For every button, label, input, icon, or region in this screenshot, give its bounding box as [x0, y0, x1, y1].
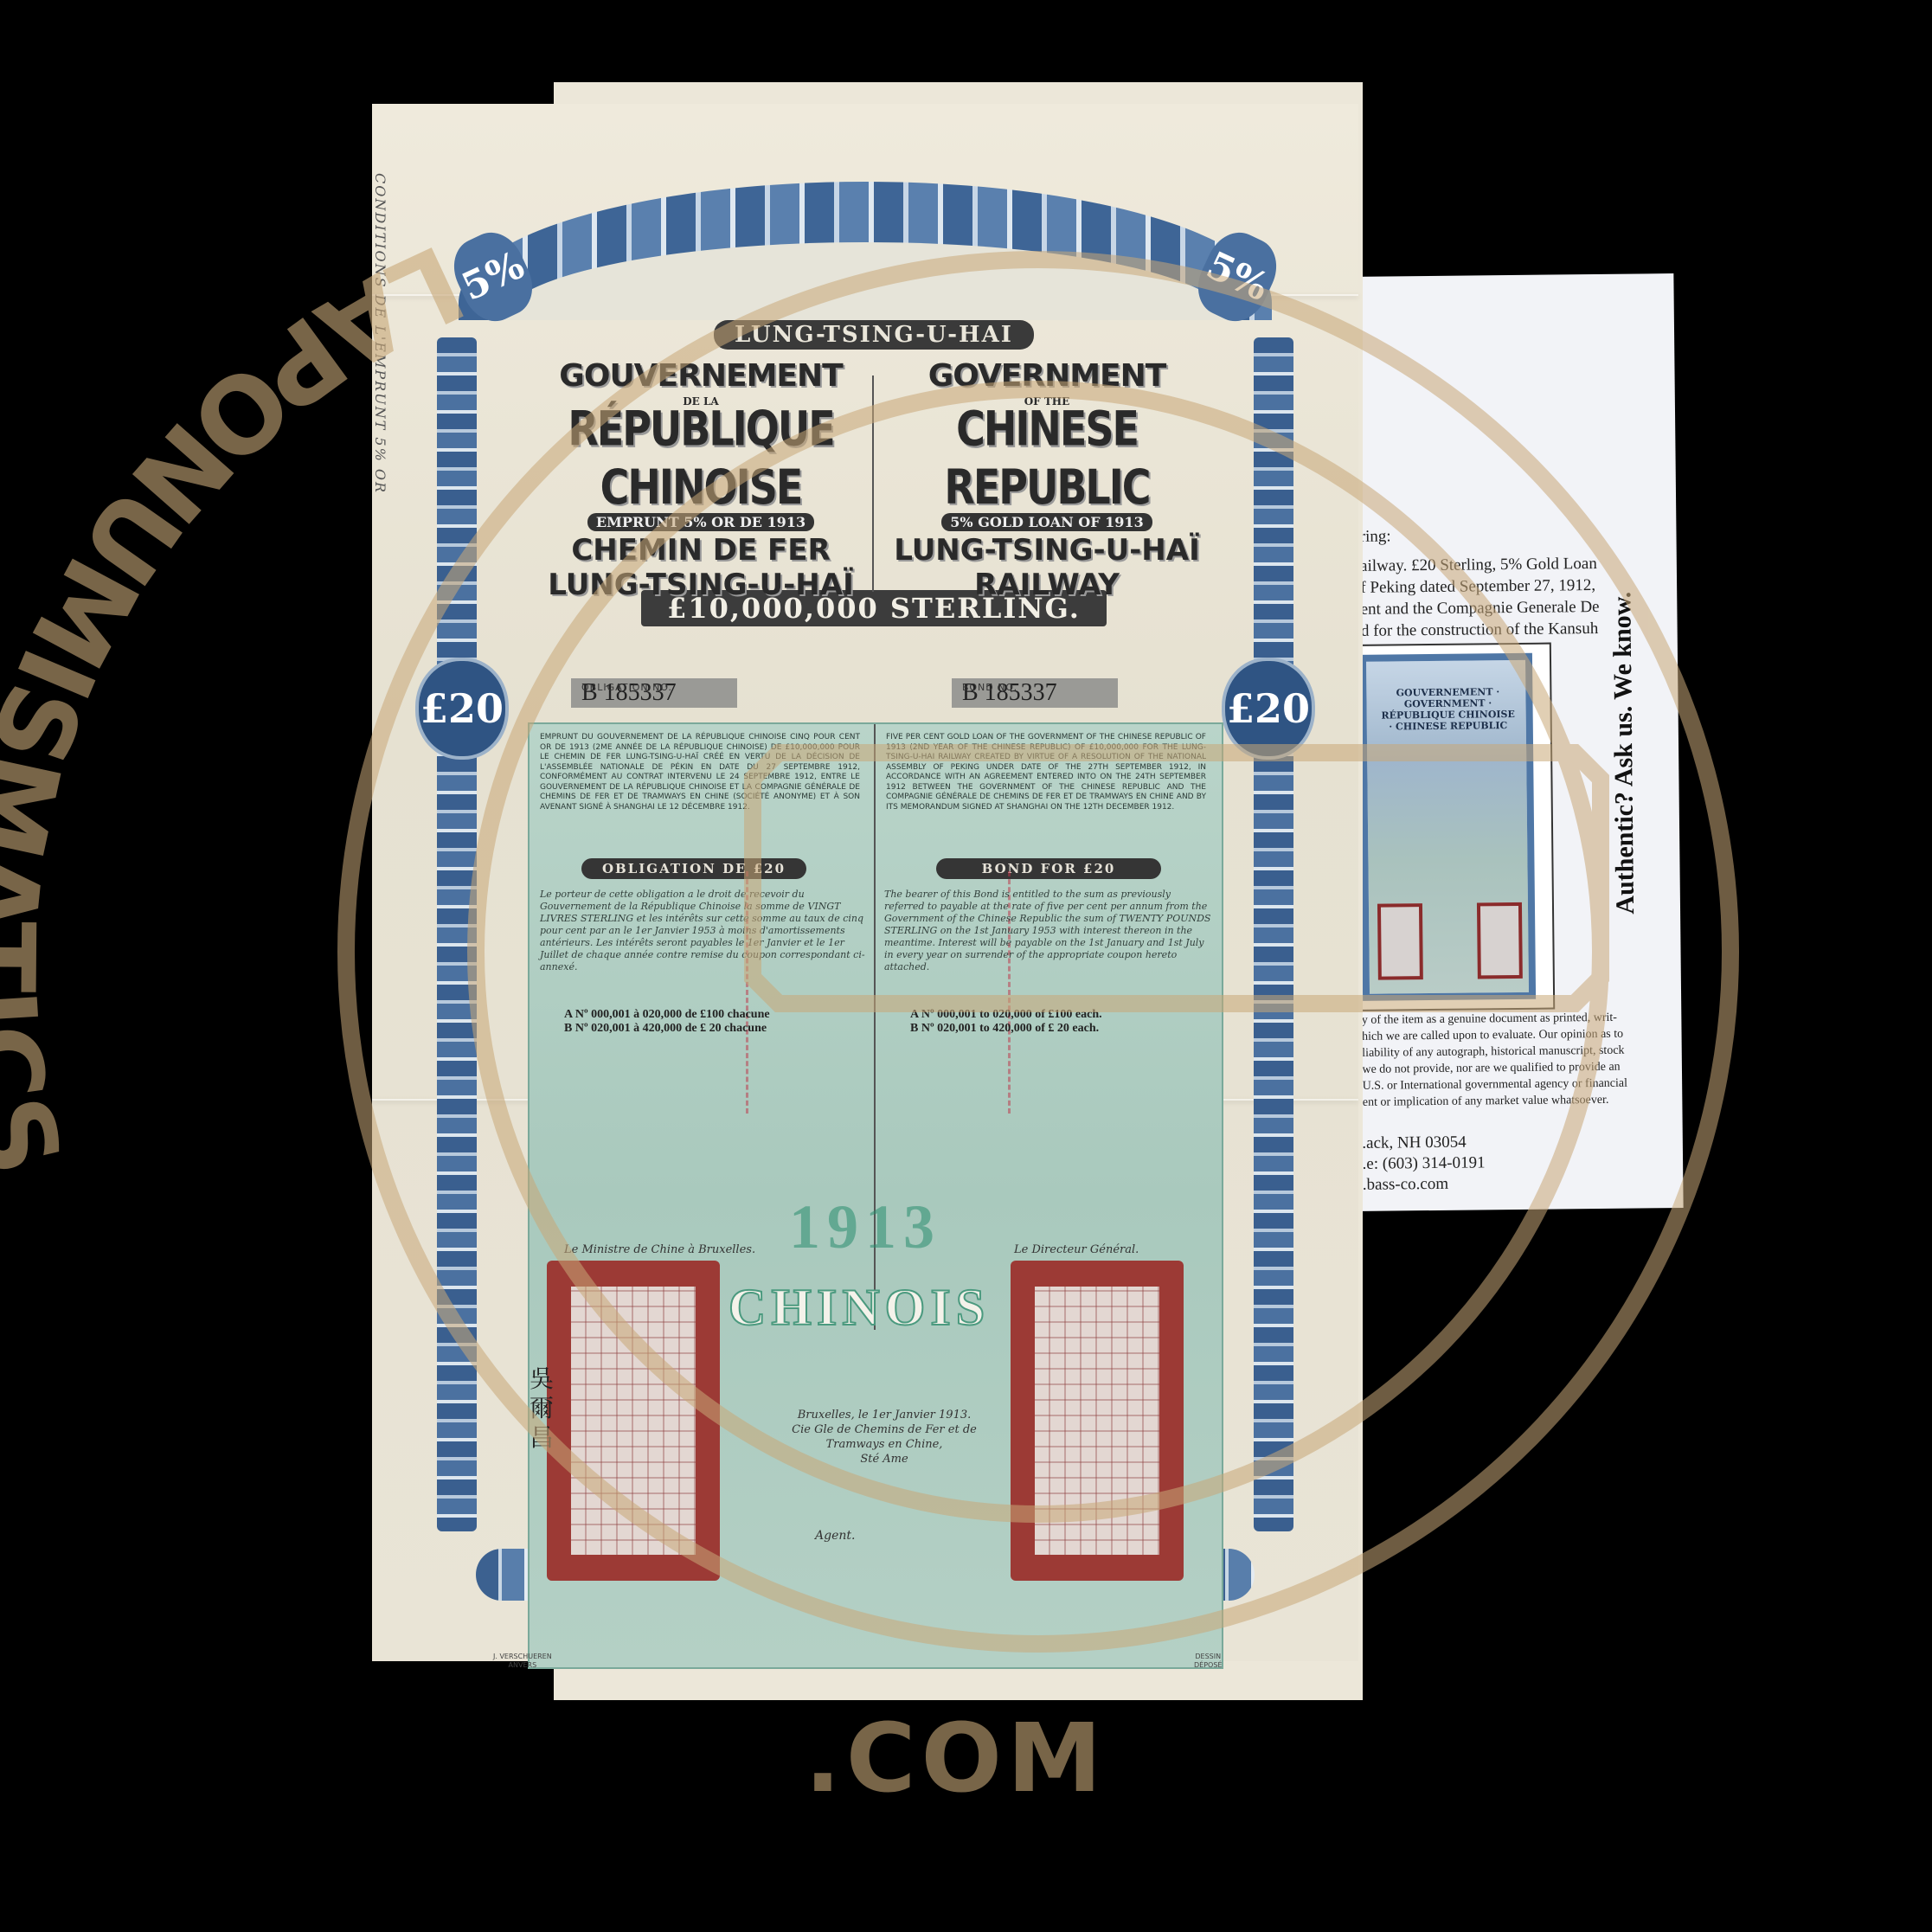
issue-year: 1913 — [789, 1191, 941, 1263]
certificate-tagline: Authentic? Ask us. We know. — [1608, 592, 1640, 915]
obligation-number: OBLIGATION NO. B 185337 — [571, 678, 737, 708]
series-a-fr: A Nº 000,001 à 020,000 de £100 chacune — [564, 1008, 770, 1022]
series-a-en: A Nº 000,001 to 020,000 of £100 each. — [910, 1008, 1102, 1022]
railway-line1-en: LUNG-TSING-U-HAÏ — [883, 535, 1211, 566]
thumbnail-seal-left — [1377, 903, 1423, 980]
bond-number: BOND NO. B 185337 — [952, 678, 1118, 708]
coupon-strip-text: CONDITIONS DE L'EMPRUNT 5% OR — [372, 173, 388, 494]
agent-label: Agent. — [815, 1529, 855, 1543]
heading-republic: CHINESE REPUBLIC — [883, 400, 1211, 516]
coupon-strip: CONDITIONS DE L'EMPRUNT 5% OR — [372, 173, 389, 1713]
series-b-fr: B Nº 020,001 à 420,000 de £ 20 chacune — [564, 1022, 770, 1036]
bond-document: CONDITIONS DE L'EMPRUNT 5% OR 5% 5% £20 … — [372, 104, 1358, 1661]
serial-numbers: OBLIGATION NO. B 185337 BOND NO. B 18533… — [536, 666, 1211, 718]
header-french: GOUVERNEMENT DE LA RÉPUBLIQUE CHINOISE E… — [536, 358, 865, 600]
terms-script-en: The bearer of this Bond is entitled to t… — [884, 889, 1213, 973]
denomination-badge-right: £20 — [1222, 658, 1315, 760]
series-b-en: B Nº 020,001 to 420,000 of £ 20 each. — [910, 1022, 1102, 1036]
certificate-thumbnail: GOUVERNEMENT · GOVERNMENT · RÉPUBLIQUE C… — [1349, 643, 1555, 1011]
certificate-disclaimer: ...y of the item as a genuine document a… — [1352, 1010, 1639, 1111]
thumbnail-bond-image: GOUVERNEMENT · GOVERNMENT · RÉPUBLIQUE C… — [1359, 653, 1536, 1001]
terms-block-fr: EMPRUNT DU GOUVERNEMENT DE LA RÉPUBLIQUE… — [540, 733, 860, 812]
header-english: GOVERNMENT OF THE CHINESE REPUBLIC 5% GO… — [883, 358, 1211, 600]
terms-panel: EMPRUNT DU GOUVERNEMENT DE LA RÉPUBLIQUE… — [528, 722, 1223, 1669]
heading-gouvernement: GOUVERNEMENT — [536, 358, 865, 394]
header-divider — [872, 375, 874, 592]
signatory-minister: Le Ministre de Chine à Bruxelles. — [564, 1243, 755, 1256]
certificate-description: ...ailway. £20 Sterling, 5% Gold Loan ..… — [1348, 552, 1643, 642]
engraver-credit: J. VERSCHUEREN ANVERS — [493, 1653, 552, 1670]
certificate-letter: ...ring: ...ailway. £20 Sterling, 5% Gol… — [1345, 273, 1683, 1211]
series-list-fr: A Nº 000,001 à 020,000 de £100 chacune B… — [564, 1008, 770, 1036]
railway-line1-fr: CHEMIN DE FER — [536, 535, 865, 566]
railway-line2-en: RAILWAY — [883, 569, 1211, 600]
heading-government: GOVERNMENT — [883, 358, 1211, 394]
heading-republique: RÉPUBLIQUE CHINOISE — [536, 400, 865, 516]
thumbnail-caption: GOUVERNEMENT · GOVERNMENT · RÉPUBLIQUE C… — [1378, 686, 1518, 733]
ornamental-border-left — [437, 337, 477, 1531]
terms-script-fr: Le porteur de cette obligation a le droi… — [540, 889, 869, 973]
signatory-director: Le Directeur Général. — [1014, 1243, 1139, 1256]
denomination-badge-left: £20 — [415, 658, 509, 760]
bond-header: LUNG-TSING-U-HAI GOUVERNEMENT DE LA RÉPU… — [536, 320, 1211, 626]
railway-banner: LUNG-TSING-U-HAI — [714, 320, 1034, 350]
seal-right — [1011, 1261, 1184, 1581]
bond-number-label: BOND NO. — [962, 673, 1017, 703]
place-date: Bruxelles, le 1er Janvier 1913. Cie Gle … — [772, 1408, 997, 1467]
terms-block-en: FIVE PER CENT GOLD LOAN OF THE GOVERNMEN… — [886, 733, 1206, 812]
bond-frame: 5% 5% £20 £20 LUNG-TSING-U-HAI GOUVERNEM… — [424, 182, 1306, 1661]
certificate-contact: ...ack, NH 03054 ...e: (603) 314-0191 ..… — [1354, 1132, 1486, 1196]
railway-line2-fr: LUNG-TSING-U-HAÏ — [536, 569, 865, 600]
seal-left — [547, 1261, 720, 1581]
ornamental-border-right — [1254, 337, 1293, 1531]
overprint-chinois: CHINOIS — [729, 1278, 990, 1338]
watermark-suffix: .COM — [805, 1703, 1107, 1813]
ornamental-border-top — [459, 182, 1272, 320]
design-registered: DESSIN DÉPOSÉ — [1194, 1653, 1222, 1670]
chinese-signature: 吳爾昌 — [530, 1364, 555, 1453]
obligation-number-label: OBLIGATION NO. — [581, 673, 672, 703]
thumbnail-seal-right — [1477, 902, 1523, 979]
series-list-en: A Nº 000,001 to 020,000 of £100 each. B … — [910, 1008, 1102, 1036]
